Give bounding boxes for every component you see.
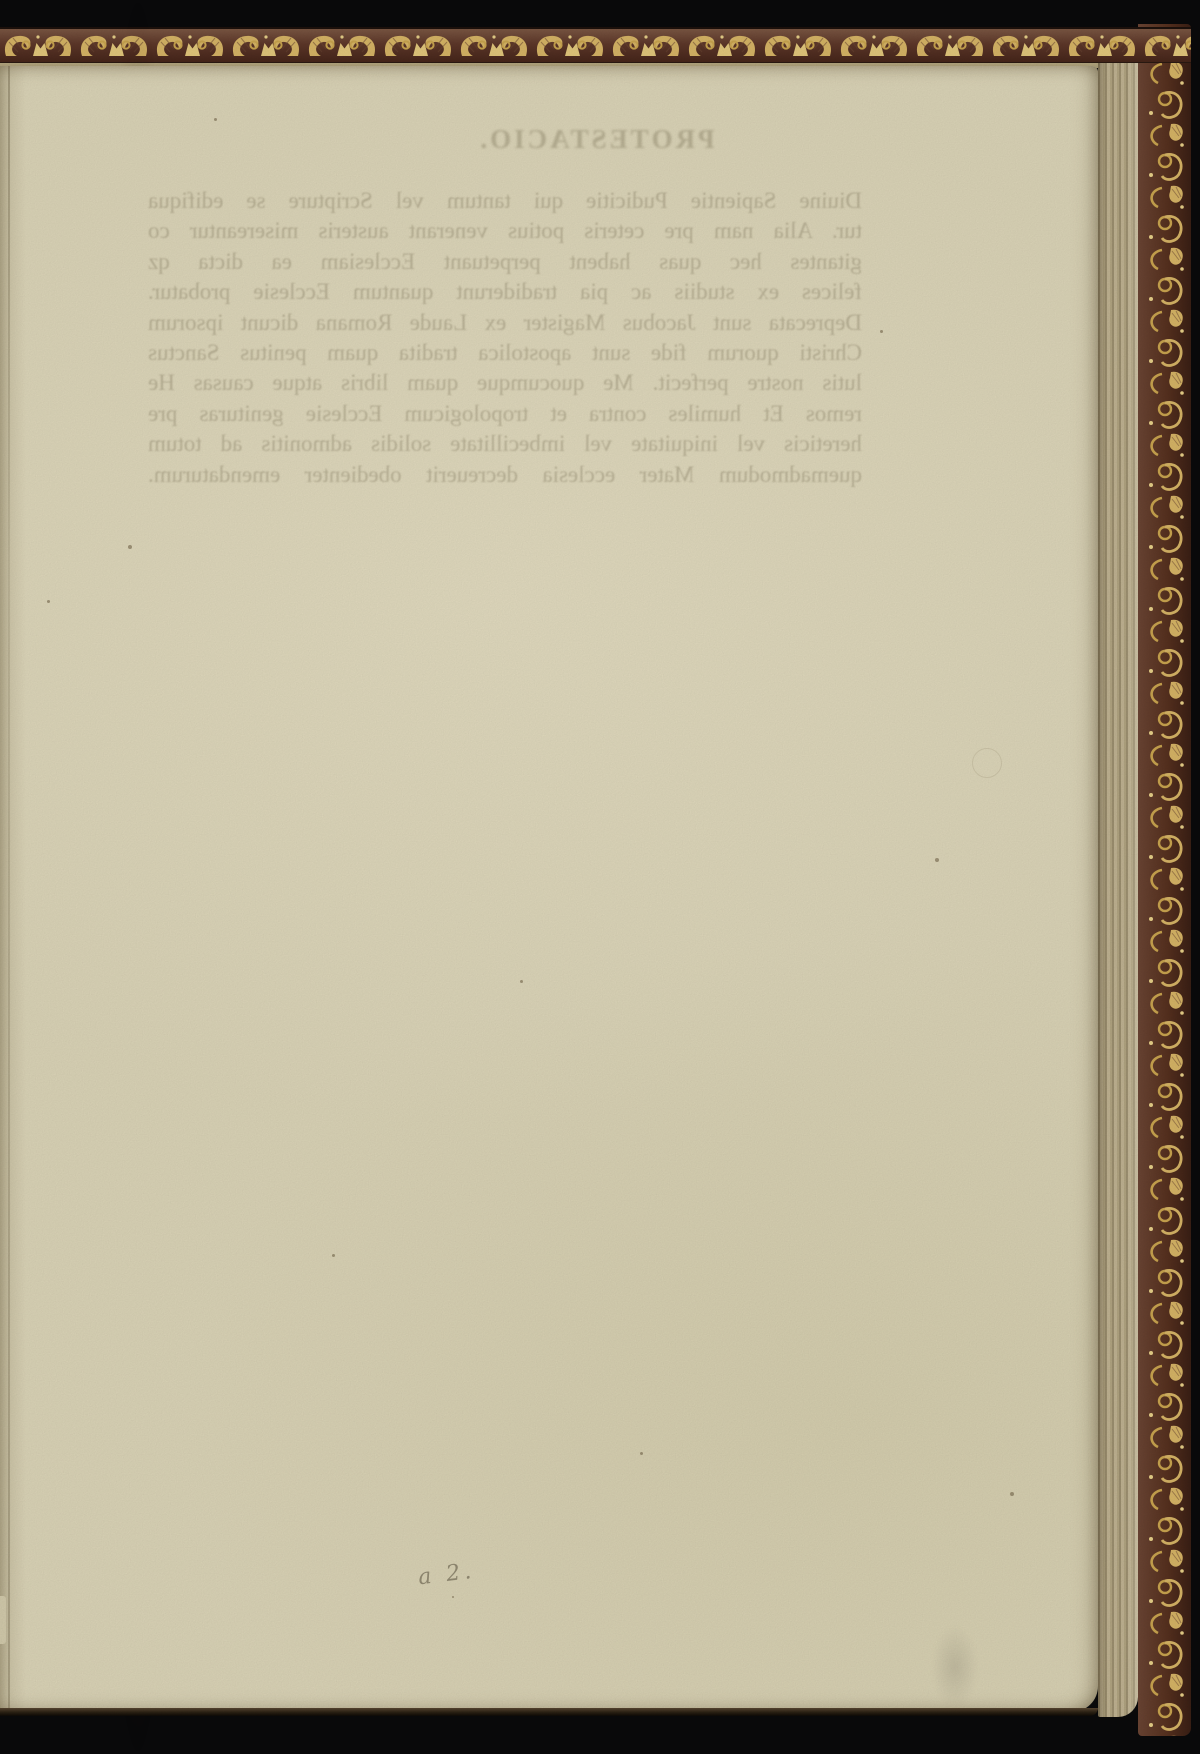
- paper-speck: [214, 118, 217, 121]
- gold-scrollwork-pattern-right: [1138, 24, 1191, 1736]
- paper-speck: [935, 858, 939, 862]
- paper-speck: [640, 1452, 643, 1455]
- gutter-shadow: [0, 66, 26, 1712]
- paper-ring-stain: [972, 748, 1002, 778]
- showthrough-line: lutis nostre perfecit. Me quocumque quam…: [148, 368, 862, 398]
- showthrough-line: quemadmodum Mater ecclesia decreuerit ob…: [148, 460, 862, 490]
- showthrough-line: tur. Alia nam pre ceteris potius veneran…: [148, 216, 862, 246]
- gutter-crease: [8, 66, 10, 1712]
- signature-mark: a 2.: [417, 1555, 509, 1591]
- paper-smudge: [932, 1626, 978, 1708]
- paper-speck: [452, 1596, 454, 1598]
- paper-speck: [128, 545, 132, 549]
- paper-speck: [880, 330, 883, 333]
- paper-speck: [520, 980, 523, 983]
- showthrough-line: Christi quorum fide sunt apostolica trad…: [148, 338, 862, 368]
- paper-speck: [1010, 1492, 1014, 1496]
- showthrough-heading: PROTESTACIO.: [468, 124, 724, 155]
- showthrough-text-block: Diuine Sapientie Pudicitie qui tantum ve…: [148, 186, 862, 490]
- gilt-border-right: [1138, 24, 1191, 1736]
- book-page: PROTESTACIO. Diuine Sapientie Pudicitie …: [0, 66, 1098, 1712]
- showthrough-line: hereticis vel iniquitate vel imbecillita…: [148, 429, 862, 459]
- showthrough-line: Deprecata sunt Jacobus Magister ex Laude…: [148, 308, 862, 338]
- showthrough-line: remos Et humiles contra et tropologicum …: [148, 399, 862, 429]
- paper-speck: [47, 600, 50, 603]
- page-bottom-edge: [0, 1708, 1098, 1716]
- fore-edge-page-stack: [1098, 59, 1138, 1717]
- book-scan: PROTESTACIO. Diuine Sapientie Pudicitie …: [0, 0, 1200, 1754]
- showthrough-line: gitantes hec quas habent perpetuant Eccl…: [148, 247, 862, 277]
- paper-speck: [332, 1254, 335, 1257]
- underlying-page-sliver: [0, 1596, 6, 1644]
- showthrough-line: felices ex studiis ac pia tradiderunt qu…: [148, 277, 862, 307]
- showthrough-line: Diuine Sapientie Pudicitie qui tantum ve…: [148, 186, 862, 216]
